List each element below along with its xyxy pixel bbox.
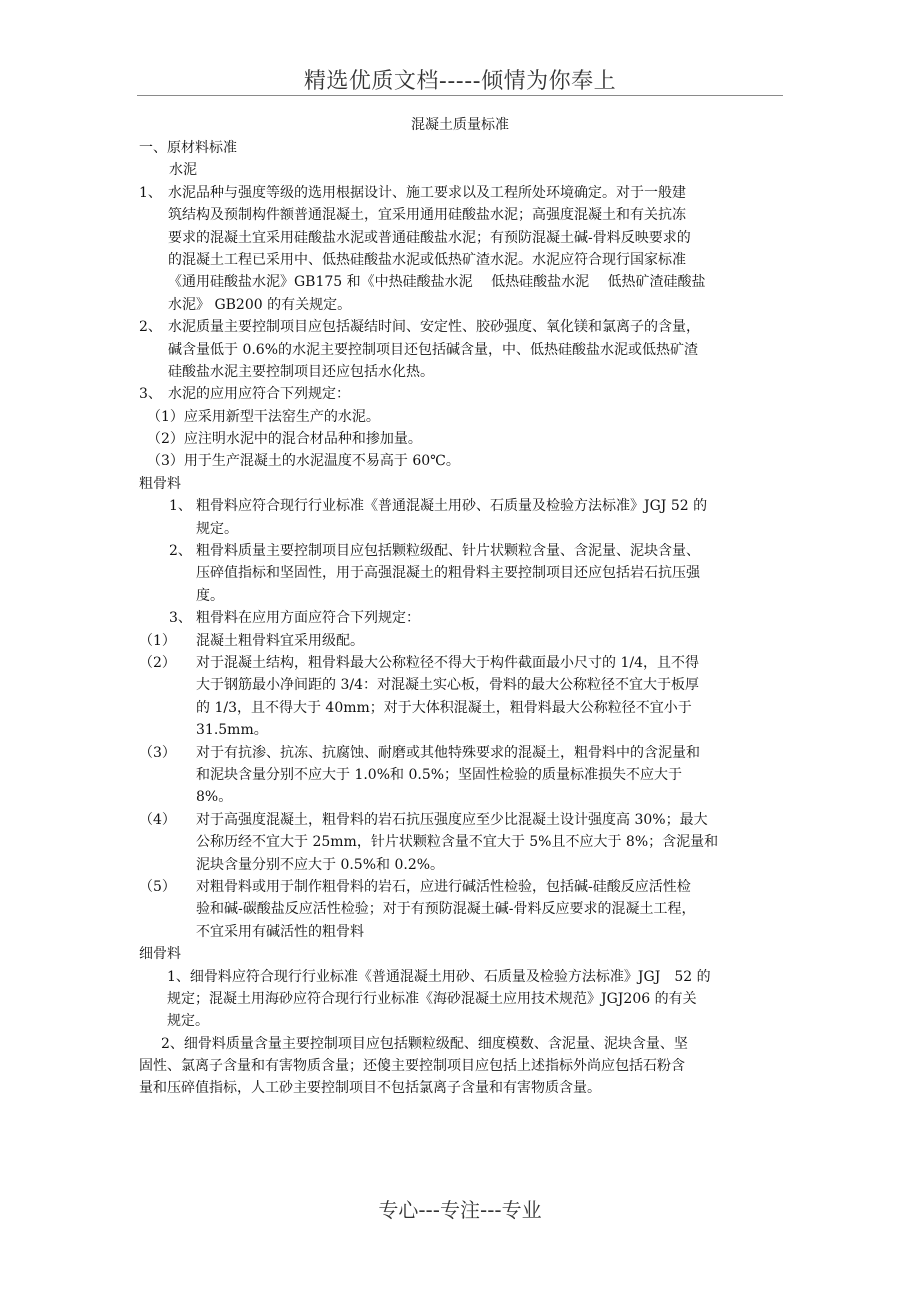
text-line: 对于有抗渗、抗冻、抗腐蚀、耐磨或其他特殊要求的混凝土，粗骨料中的含泥量和	[196, 742, 785, 764]
text-line: 的 1/3，且不得大于 40mm；对于大体积混凝土，粗骨料最大公称粒径不宜小于	[196, 697, 785, 719]
cement-subitem-3: （3）用于生产混凝土的水泥温度不易高于 60℃。	[139, 450, 785, 472]
subsection-heading-coarse: 粗骨料	[139, 473, 785, 495]
coarse-subitem-1: （1） 混凝土粗骨料宜采用级配。	[139, 630, 785, 652]
fine-item-1: 1、细骨料应符合现行行业标准《普通混凝土用砂、石质量及检验方法标准》JGJ 52…	[139, 966, 785, 1033]
text-line: 水泥》 GB200 的有关规定。	[168, 294, 785, 316]
item-number: 1、	[169, 495, 196, 540]
text-line: 水泥的应用应符合下列规定：	[168, 383, 785, 405]
cement-item-1: 1、 水泥品种与强度等级的选用根据设计、施工要求以及工程所处环境确定。对于一般建…	[139, 182, 785, 316]
text-line: 量和压碎值指标，人工砂主要控制项目不包括氯离子含量和有害物质含量。	[139, 1077, 785, 1099]
item-number: 2、	[139, 316, 168, 383]
item-number: 3、	[169, 607, 196, 629]
coarse-subitem-2: （2） 对于混凝土结构，粗骨料最大公称粒径不得大于构件截面最小尺寸的 1/4，且…	[139, 652, 785, 742]
text-line: 8%。	[196, 786, 785, 808]
coarse-item-2: 2、 粗骨料质量主要控制项目应包括颗粒级配、针片状颗粒含量、含泥量、泥块含量、 …	[139, 540, 785, 607]
text-line: 的混凝土工程已采用中、低热硅酸盐水泥或低热矿渣水泥。水泥应符合现行国家标准	[168, 249, 785, 271]
text-line: 混凝土粗骨料宜采用级配。	[196, 630, 785, 652]
text-line: 公称历经不宜大于 25mm，针片状颗粒含量不宜大于 5%且不应大于 8%；含泥量…	[196, 831, 785, 853]
text-line: 压碎值指标和坚固性，用于高强混凝土的粗骨料主要控制项目还应包括岩石抗压强	[196, 562, 785, 584]
item-number: 2、	[169, 540, 196, 607]
coarse-subitem-5: （5） 对粗骨料或用于制作粗骨料的岩石，应进行碱活性检验，包括碱-硅酸反应活性检…	[139, 876, 785, 943]
subsection-heading-cement: 水泥	[139, 159, 785, 181]
text-line: 不宜采用有碱活性的粗骨料	[196, 921, 785, 943]
coarse-item-1: 1、 粗骨料应符合现行行业标准《普通混凝土用砂、石质量及检验方法标准》JGJ 5…	[139, 495, 785, 540]
item-number: （5）	[139, 876, 196, 943]
text-line: 硅酸盐水泥主要控制项目还应包括水化热。	[168, 361, 785, 383]
text-line: 大于钢筋最小净间距的 3/4：对混凝土实心板，骨料的最大公称粒径不宜大于板厚	[196, 674, 785, 696]
item-number: （1）	[139, 630, 196, 652]
text-line: 水泥质量主要控制项目应包括凝结时间、安定性、胶砂强度、氧化镁和氯离子的含量，	[168, 316, 785, 338]
coarse-item-3: 3、 粗骨料在应用方面应符合下列规定：	[139, 607, 785, 629]
coarse-subitem-4: （4） 对于高强度混凝土，粗骨料的岩石抗压强度应至少比混凝土设计强度高 30%；…	[139, 809, 785, 876]
text-line: 2、细骨料质量含量主要控制项目应包括颗粒级配、细度模数、含泥量、泥块含量、坚	[139, 1033, 785, 1055]
text-line: 规定。	[167, 1010, 785, 1032]
cement-subitem-1: （1）应采用新型干法窑生产的水泥。	[139, 406, 785, 428]
document-title: 混凝土质量标准	[137, 114, 783, 134]
coarse-subitem-3: （3） 对于有抗渗、抗冻、抗腐蚀、耐磨或其他特殊要求的混凝土，粗骨料中的含泥量和…	[139, 742, 785, 809]
text-line: 粗骨料质量主要控制项目应包括颗粒级配、针片状颗粒含量、含泥量、泥块含量、	[196, 540, 785, 562]
text-line: 度。	[196, 585, 785, 607]
cement-item-3: 3、 水泥的应用应符合下列规定：	[139, 383, 785, 405]
text-line: 泥块含量分别不应大于 0.5%和 0.2%。	[196, 854, 785, 876]
text-line: 对于高强度混凝土，粗骨料的岩石抗压强度应至少比混凝土设计强度高 30%；最大	[196, 809, 785, 831]
text-line: 筑结构及预制构件额普通混凝土，宜采用通用硅酸盐水泥；高强度混凝土和有关抗冻	[168, 204, 785, 226]
text-line: 粗骨料在应用方面应符合下列规定：	[196, 607, 785, 629]
document-body: 一、原材料标准 水泥 1、 水泥品种与强度等级的选用根据设计、施工要求以及工程所…	[139, 137, 785, 1100]
page-header: 精选优质文档-----倾情为你奉上	[137, 64, 783, 95]
text-line: 验和碱-碳酸盐反应活性检验；对于有预防混凝土碱-骨料反应要求的混凝土工程，	[196, 898, 785, 920]
text-line: 《通用硅酸盐水泥》GB175 和《中热硅酸盐水泥 低热硅酸盐水泥 低热矿渣硅酸盐	[168, 271, 785, 293]
fine-item-2: 2、细骨料质量含量主要控制项目应包括颗粒级配、细度模数、含泥量、泥块含量、坚 固…	[139, 1033, 785, 1100]
text-line: 规定；混凝土用海砂应符合现行行业标准《海砂混凝土应用技术规范》JGJ206 的有…	[167, 988, 785, 1010]
text-line: 对于混凝土结构，粗骨料最大公称粒径不得大于构件截面最小尺寸的 1/4，且不得	[196, 652, 785, 674]
item-number: （2）	[139, 652, 196, 742]
header-rule	[137, 95, 783, 96]
text-line: 对粗骨料或用于制作粗骨料的岩石，应进行碱活性检验，包括碱-硅酸反应活性检	[196, 876, 785, 898]
text-line: 和泥块含量分别不应大于 1.0%和 0.5%；坚固性检验的质量标准损失不应大于	[196, 764, 785, 786]
item-number: （3）	[139, 742, 196, 809]
text-line: 固性、氯离子含量和有害物质含量；还傻主要控制项目应包括上述指标外尚应包括石粉含	[139, 1055, 785, 1077]
text-line: 31.5mm。	[196, 719, 785, 741]
section-heading: 一、原材料标准	[139, 137, 785, 159]
text-line: 规定。	[196, 518, 785, 540]
item-number: 1、	[139, 182, 168, 316]
cement-item-2: 2、 水泥质量主要控制项目应包括凝结时间、安定性、胶砂强度、氧化镁和氯离子的含量…	[139, 316, 785, 383]
text-line: 水泥品种与强度等级的选用根据设计、施工要求以及工程所处环境确定。对于一般建	[168, 182, 785, 204]
item-number: （4）	[139, 809, 196, 876]
cement-subitem-2: （2）应注明水泥中的混合材品种和掺加量。	[139, 428, 785, 450]
text-line: 粗骨料应符合现行行业标准《普通混凝土用砂、石质量及检验方法标准》JGJ 52 的	[196, 495, 785, 517]
item-number: 3、	[139, 383, 168, 405]
subsection-heading-fine: 细骨料	[139, 943, 785, 965]
page-footer: 专心---专注---专业	[137, 1194, 783, 1223]
text-line: 碱含量低于 0.6%的水泥主要控制项目还包括碱含量，中、低热硅酸盐水泥或低热矿渣	[168, 339, 785, 361]
text-line: 1、细骨料应符合现行行业标准《普通混凝土用砂、石质量及检验方法标准》JGJ 52…	[167, 966, 785, 988]
text-line: 要求的混凝土宜采用硅酸盐水泥或普通硅酸盐水泥；有预防混凝土碱-骨料反映要求的	[168, 227, 785, 249]
